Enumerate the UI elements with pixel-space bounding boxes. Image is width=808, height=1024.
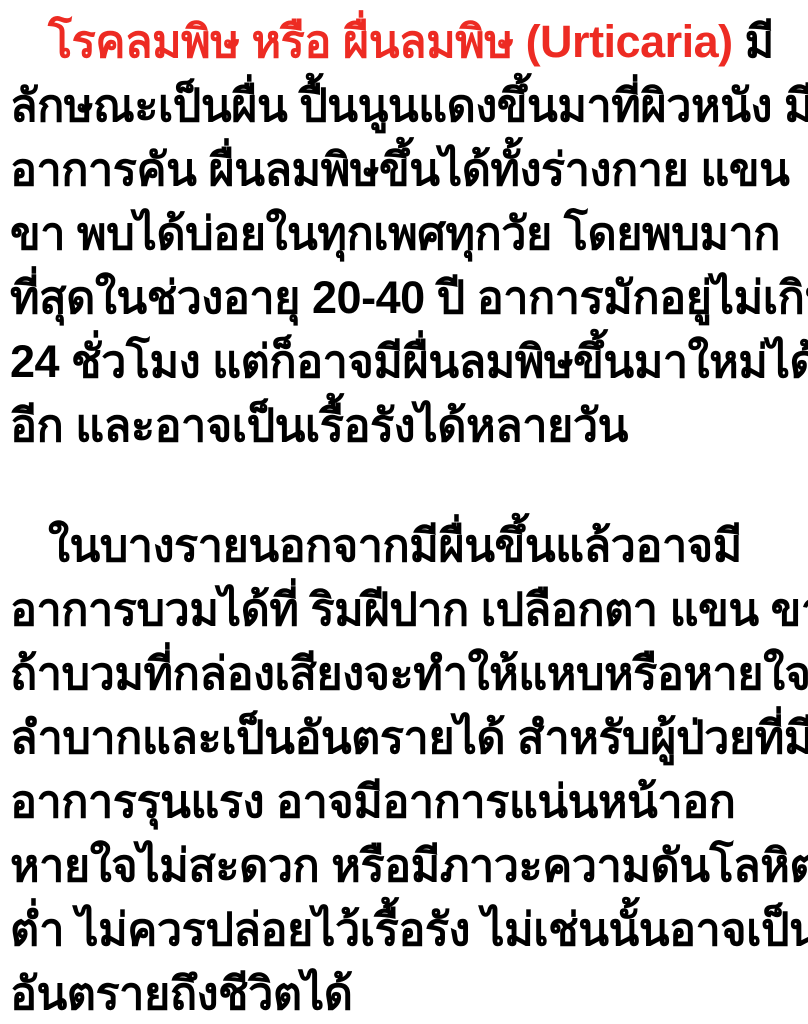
text-line: อาการรุนแรง อาจมีอาการแน่นหน้าอก [10,770,802,834]
line-tail: มี [733,16,774,67]
text-line: 24 ชั่วโมง แต่ก็อาจมีผื่นลมพิษขึ้นมาใหม่… [10,330,802,394]
text-line: ในบางรายนอกจากมีผื่นขึ้นแล้วอาจมี [10,514,802,578]
text-line: หายใจไม่สะดวก หรือมีภาวะความดันโลหิต [10,834,802,898]
text-line: ขา พบได้บ่อยในทุกเพศทุกวัย โดยพบมาก [10,202,802,266]
text-line: ลักษณะเป็นผื่น ปื้นนูนแดงขึ้นมาที่ผิวหนั… [10,74,802,138]
text-line: อีก และอาจเป็นเรื้อรังได้หลายวัน [10,394,802,458]
text-line: ถ้าบวมที่กล่องเสียงจะทำให้แหบหรือหายใจ [10,642,802,706]
disease-name-highlight: โรคลมพิษ หรือ ผื่นลมพิษ (Urticaria) [48,16,733,67]
text-line: อาการบวมได้ที่ ริมฝีปาก เปลือกตา แขน ขา [10,578,802,642]
paragraph-urticaria-definition: โรคลมพิษ หรือ ผื่นลมพิษ (Urticaria) มี ล… [10,10,802,458]
urticaria-article: โรคลมพิษ หรือ ผื่นลมพิษ (Urticaria) มี ล… [0,0,808,1024]
text-line: อาการคัน ผื่นลมพิษขึ้นได้ทั้งร่างกาย แขน [10,138,802,202]
text-line: ที่สุดในช่วงอายุ 20-40 ปี อาการมักอยู่ไม… [10,266,802,330]
text-line: ต่ำ ไม่ควรปล่อยไว้เรื้อรัง ไม่เช่นนั้นอา… [10,898,802,962]
text-line: อันตรายถึงชีวิตได้ [10,962,802,1024]
text-line: โรคลมพิษ หรือ ผื่นลมพิษ (Urticaria) มี [10,10,802,74]
paragraph-angioedema-warning: ในบางรายนอกจากมีผื่นขึ้นแล้วอาจมี อาการบ… [10,514,802,1024]
text-line: ลำบากและเป็นอันตรายได้ สำหรับผู้ป่วยที่ม… [10,706,802,770]
